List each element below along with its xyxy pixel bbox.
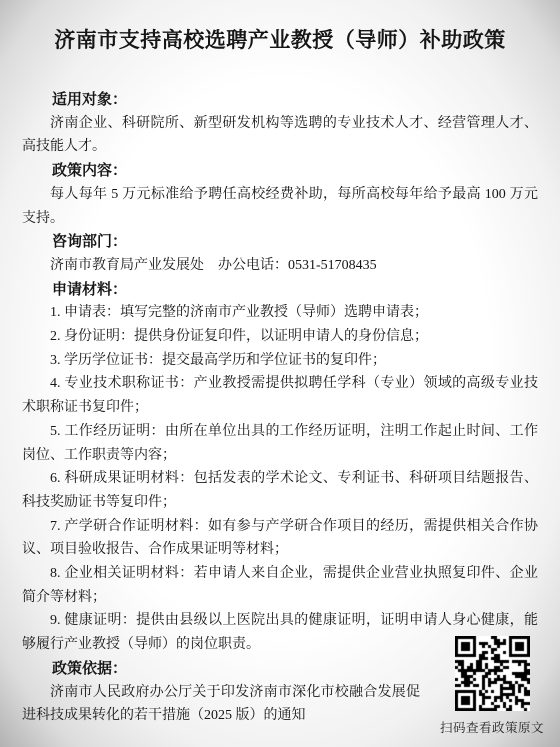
qr-caption: 扫码查看政策原文 <box>440 718 544 736</box>
material-item-1: 1. 申请表：填写完整的济南市产业教授（导师）选聘申请表； <box>22 301 538 325</box>
material-item-8: 8. 企业相关证明材料：若申请人来自企业，需提供企业营业执照复印件、企业简介等材… <box>22 562 538 609</box>
qr-block: 扫码查看政策原文 <box>440 636 544 736</box>
policy-document-page: 济南市支持高校选聘产业教授（导师）补助政策 适用对象： 济南企业、科研院所、新型… <box>0 0 560 747</box>
material-item-5: 5. 工作经历证明：由所在单位出具的工作经历证明，注明工作起止时间、工作岗位、工… <box>22 420 538 467</box>
section-heading-consulting-department: 咨询部门： <box>22 230 538 254</box>
material-item-2: 2. 身份证明：提供身份证复印件，以证明申请人的身份信息； <box>22 325 538 349</box>
material-item-6: 6. 科研成果证明材料：包括发表的学术论文、专利证书、科研项目结题报告、科技奖励… <box>22 467 538 514</box>
qr-code <box>455 636 530 711</box>
page-title: 济南市支持高校选聘产业教授（导师）补助政策 <box>22 26 538 56</box>
section-heading-applicable-targets: 适用对象： <box>22 88 538 112</box>
paragraph-policy-basis: 济南市人民政府办公厅关于印发济南市深化市校融合发展促进科技成果转化的若干措施（2… <box>22 681 420 728</box>
section-heading-policy-content: 政策内容： <box>22 159 538 183</box>
document-body: 适用对象： 济南企业、科研院所、新型研发机构等选聘的专业技术人才、经营管理人才、… <box>22 88 538 728</box>
section-heading-application-materials: 申请材料： <box>22 278 538 302</box>
material-item-4: 4. 专业技术职称证书：产业教授需提供拟聘任学科（专业）领域的高级专业技术职称证… <box>22 372 538 419</box>
material-item-3: 3. 学历学位证书：提交最高学历和学位证书的复印件； <box>22 349 538 373</box>
paragraph-policy-content: 每人每年 5 万元标准给予聘任高校经费补助，每所高校每年给予最高 100 万元支… <box>22 183 538 230</box>
paragraph-consulting-department: 济南市教育局产业发展处 办公电话：0531-51708435 <box>22 254 538 278</box>
material-item-7: 7. 产学研合作证明材料：如有参与产学研合作项目的经历，需提供相关合作协议、项目… <box>22 515 538 562</box>
paragraph-applicable-targets: 济南企业、科研院所、新型研发机构等选聘的专业技术人才、经营管理人才、高技能人才。 <box>22 112 538 159</box>
